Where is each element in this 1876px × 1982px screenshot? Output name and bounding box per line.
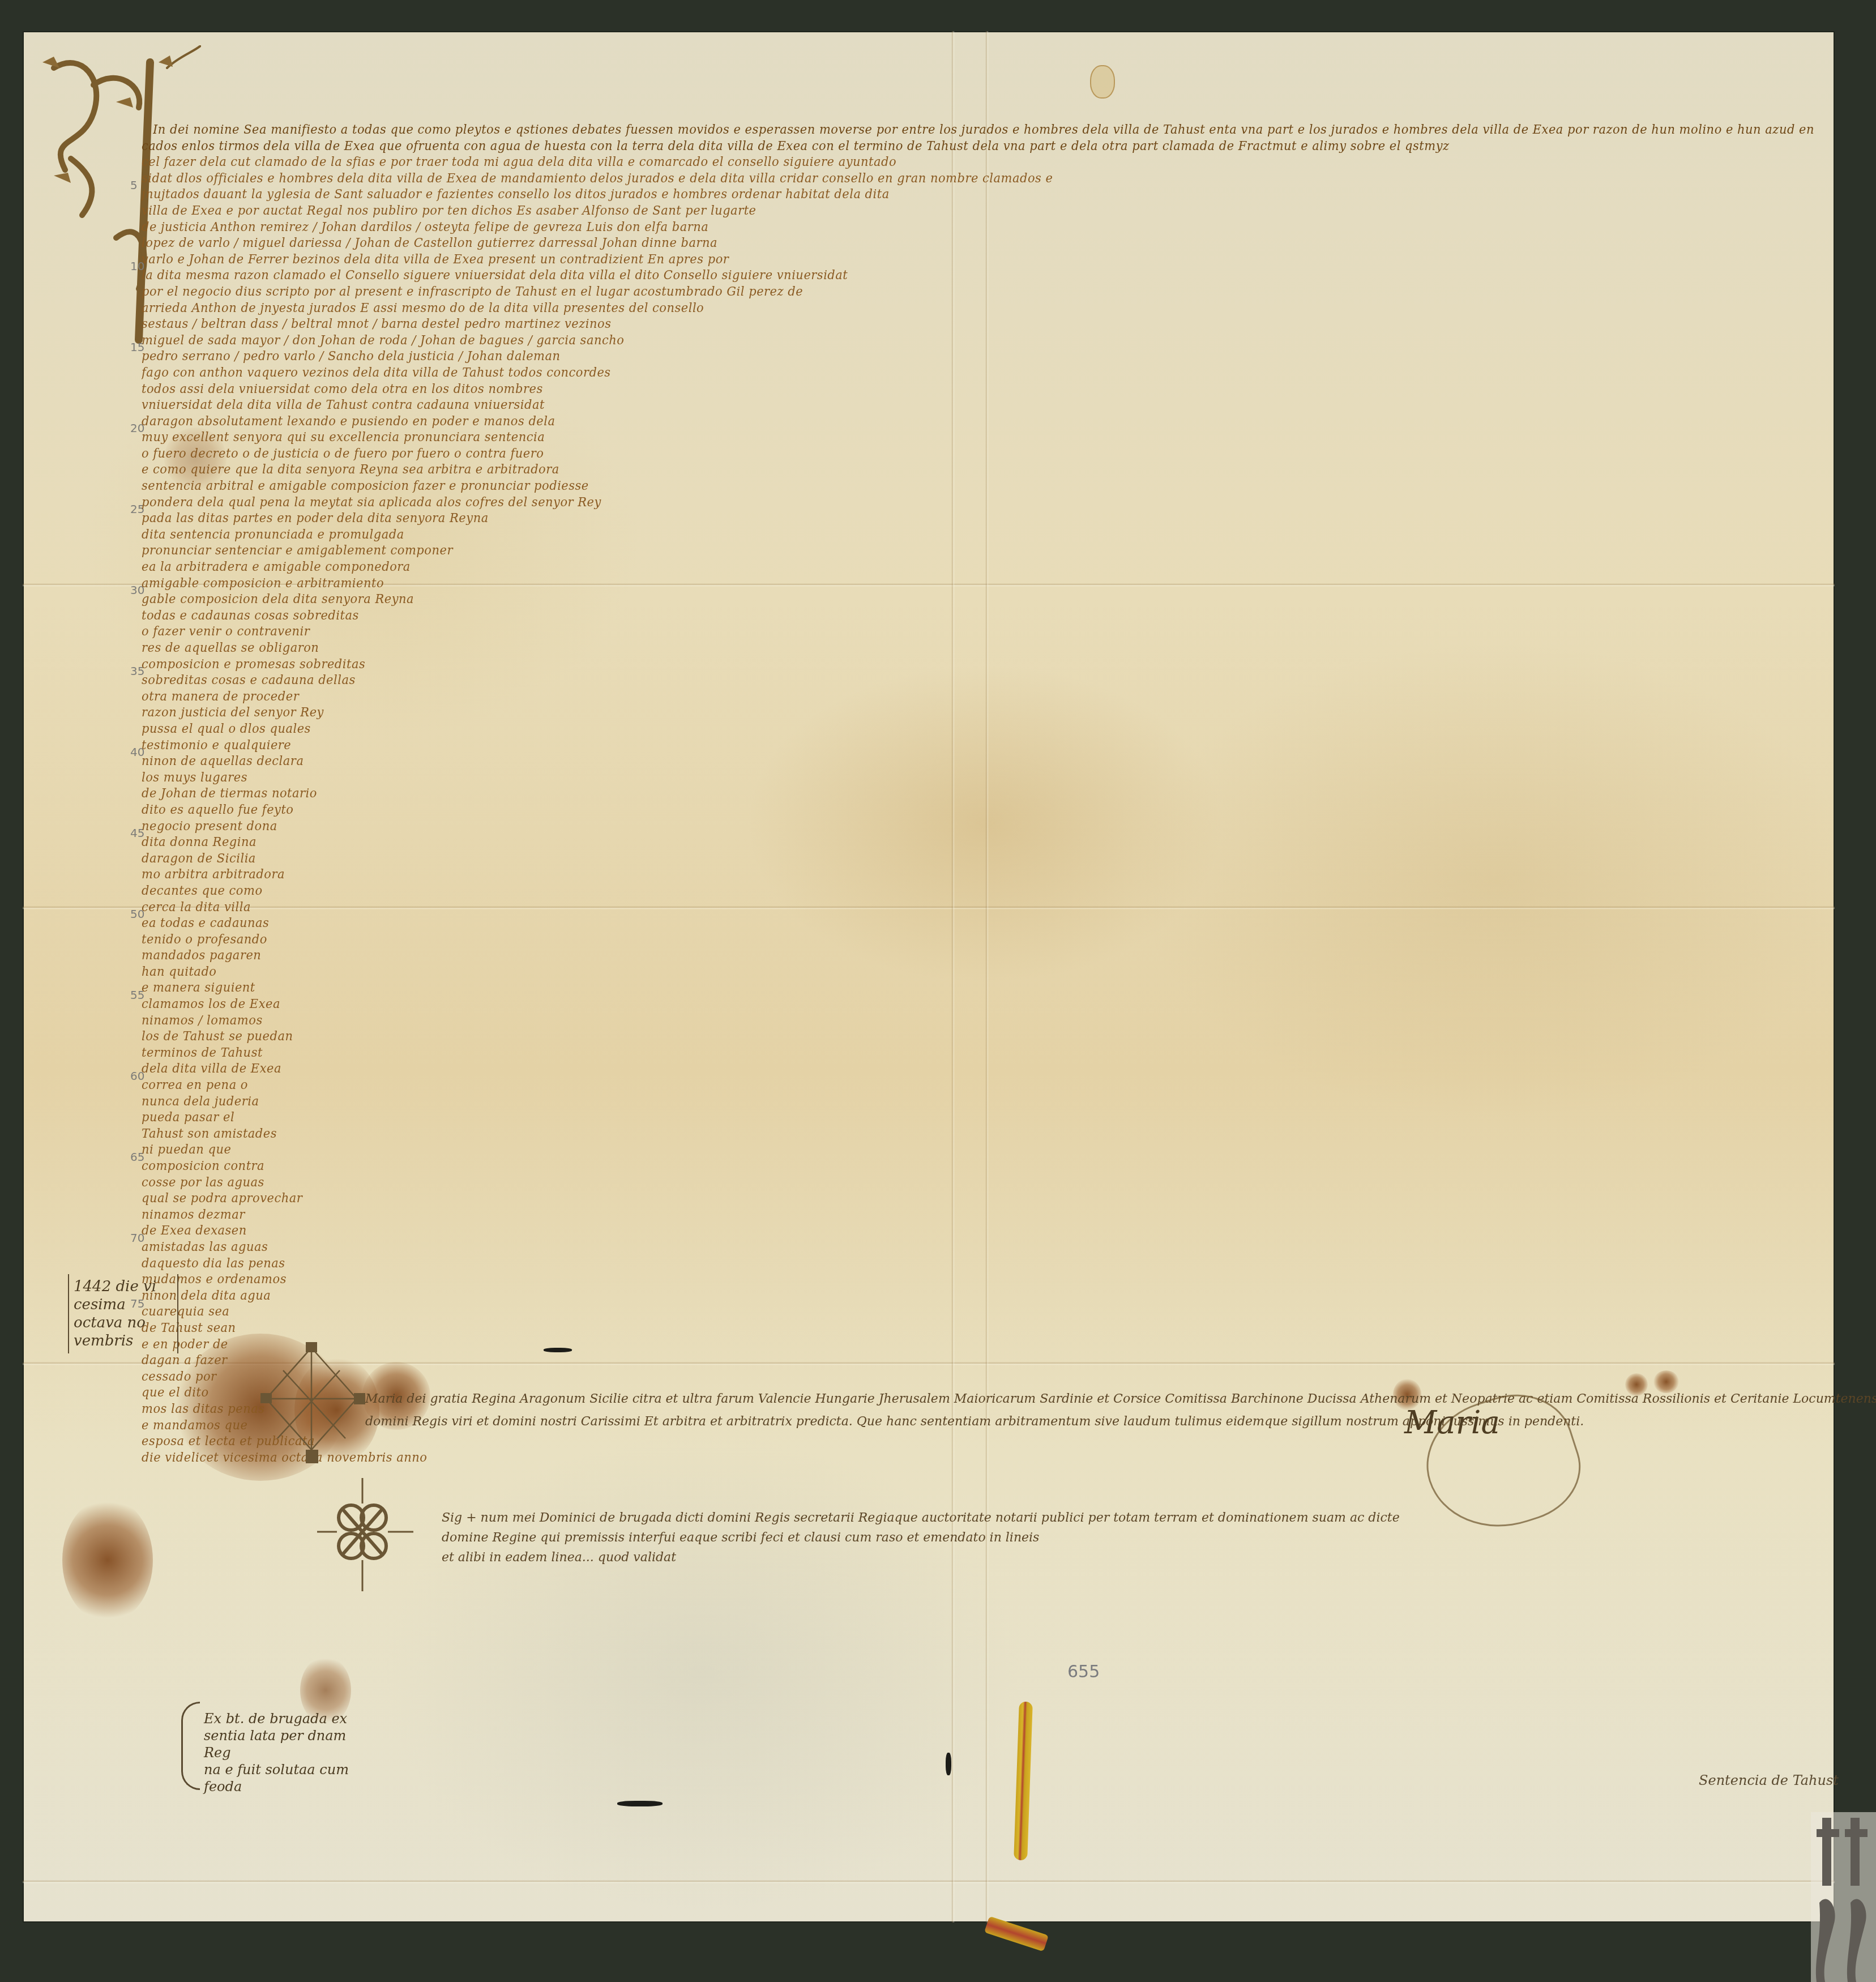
text-line: decantes que como bbox=[142, 882, 1818, 899]
text-line: dela dita villa de Exea bbox=[142, 1061, 1818, 1078]
seal-impression bbox=[1090, 65, 1115, 99]
text-line: daquesto dia las penas bbox=[142, 1255, 1818, 1272]
margin-note-line: 1442 die vi bbox=[74, 1278, 173, 1296]
text-line: miguel de sada mayor / don Johan de roda… bbox=[142, 332, 1818, 349]
text-line: vniuersidat dela dita villa de Tahust co… bbox=[142, 396, 1818, 413]
fee-note-line: feoda bbox=[204, 1778, 351, 1795]
text-line: composicion contra bbox=[142, 1157, 1818, 1174]
archive-number: 655 bbox=[1067, 1662, 1100, 1682]
endorsement: Sentencia de Tahust bbox=[1699, 1772, 1839, 1788]
text-line: arrieda Anthon de jnyesta jurados E assi… bbox=[142, 300, 1818, 317]
text-line: mo arbitra arbitradora bbox=[142, 866, 1818, 883]
text-line: Tahust son amistades bbox=[142, 1125, 1818, 1142]
text-line: cessado por bbox=[142, 1368, 1818, 1385]
text-line: pueda pasar el bbox=[142, 1109, 1818, 1126]
text-line: ninon dela dita agua bbox=[142, 1287, 1818, 1304]
text-line: dagan a fazer bbox=[142, 1352, 1818, 1369]
royal-subscription-line: Maria dei gratia Regina Aragonum Sicilie… bbox=[365, 1392, 1876, 1406]
fold-line bbox=[23, 1880, 1835, 1883]
text-line: pondera dela qual pena la meytat sia apl… bbox=[142, 494, 1818, 511]
text-line: varlo e Johan de Ferrer bezinos dela dit… bbox=[142, 251, 1818, 268]
text-line: dita donna Regina bbox=[142, 834, 1818, 851]
margin-date-note: 1442 die vi cesima octava no vembris bbox=[68, 1274, 178, 1353]
text-line: fago con anthon vaquero vezinos dela dit… bbox=[142, 364, 1818, 381]
fee-note-line: sentia lata per dnam Reg bbox=[204, 1727, 351, 1761]
text-line: amigable composicion e arbitramiento bbox=[142, 575, 1818, 592]
text-line: pada las ditas partes en poder dela dita… bbox=[142, 510, 1818, 527]
text-line: lopez de varlo / miguel dariessa / Johan… bbox=[142, 234, 1818, 251]
text-line: e manera siguient bbox=[142, 980, 1818, 997]
text-line: de Exea dexasen bbox=[142, 1223, 1818, 1240]
text-line: e como quiere que la dita senyora Reyna … bbox=[142, 462, 1818, 479]
text-line: han quitado bbox=[142, 963, 1818, 980]
text-line: composicion e promesas sobreditas bbox=[142, 656, 1818, 673]
line-number: 5 bbox=[130, 178, 138, 192]
text-line: mandados pagaren bbox=[142, 947, 1818, 964]
text-line: jnujtados dauant la yglesia de Sant salu… bbox=[142, 186, 1818, 203]
text-line: de Johan de tiermas notario bbox=[142, 785, 1818, 802]
text-line: pedro serrano / pedro varlo / Sancho del… bbox=[142, 348, 1818, 365]
text-line: ninamos dezmar bbox=[142, 1206, 1818, 1223]
text-line: la dita mesma razon clamado el Consello … bbox=[142, 267, 1818, 284]
hole bbox=[544, 1348, 572, 1352]
notary-subscription-line: et alibi in eadem linea... quod validat bbox=[442, 1550, 676, 1565]
text-line: cuarequia sea bbox=[142, 1304, 1818, 1321]
text-line: pussa el qual o dlos quales bbox=[142, 720, 1818, 737]
text-line: gable composicion dela dita senyora Reyn… bbox=[142, 591, 1818, 608]
notary-subscription-line: Sig + num mei Dominici de brugada dicti … bbox=[442, 1511, 1400, 1525]
hole bbox=[617, 1801, 663, 1806]
text-line: otra manera de proceder bbox=[142, 688, 1818, 705]
royal-subscription-line: domini Regis viri et domini nostri Caris… bbox=[365, 1415, 1584, 1429]
text-line: razon justicia del senyor Rey bbox=[142, 704, 1818, 721]
royal-signature: Maria bbox=[1404, 1404, 1500, 1441]
notary-sign-icon bbox=[306, 1472, 419, 1597]
fee-note-line: Ex bt. de brugada ex bbox=[204, 1710, 351, 1727]
text-line: mudamos e ordenamos bbox=[142, 1271, 1818, 1288]
text-line: por el negocio dius scripto por al prese… bbox=[142, 283, 1818, 300]
text-line: qual se podra aprovechar bbox=[142, 1190, 1818, 1207]
text-line: sestaus / beltran dass / beltral mnot / … bbox=[142, 315, 1818, 332]
text-line: de Tahust sean bbox=[142, 1319, 1818, 1336]
text-line: dita sentencia pronunciada e promulgada bbox=[142, 526, 1818, 543]
text-line: de justicia Anthon remirez / Johan dardi… bbox=[142, 219, 1818, 236]
margin-note-line: vembris bbox=[74, 1332, 173, 1350]
text-line: o fazer venir o contravenir bbox=[142, 623, 1818, 640]
notary-subscription-line: domine Regine qui premissis interfui eaq… bbox=[442, 1531, 1039, 1545]
text-line: e en poder de bbox=[142, 1336, 1818, 1353]
text-line: ni puedan que bbox=[142, 1142, 1818, 1159]
text-line: los muys lugares bbox=[142, 769, 1818, 786]
text-line: los de Tahust se puedan bbox=[142, 1028, 1818, 1045]
text-line: daragon absolutament lexando e pusiendo … bbox=[142, 413, 1818, 430]
text-line: ninon de aquellas declara bbox=[142, 753, 1818, 770]
text-line: todas e cadaunas cosas sobreditas bbox=[142, 607, 1818, 624]
text-line: o fuero decreto o de justicia o de fuero… bbox=[142, 445, 1818, 462]
text-line: ea todas e cadaunas bbox=[142, 915, 1818, 932]
text-line: amistadas las aguas bbox=[142, 1238, 1818, 1255]
note-bracket bbox=[181, 1702, 200, 1790]
text-line: nunca dela juderia bbox=[142, 1093, 1818, 1110]
text-line: correa en pena o bbox=[142, 1077, 1818, 1093]
text-line: cados enlos tirmos dela villa de Exea qu… bbox=[142, 138, 1818, 155]
text-line: sentencia arbitral e amigable composicio… bbox=[142, 477, 1818, 494]
text-line: ninamos / lomamos bbox=[142, 1012, 1818, 1029]
text-line: sidat dlos officiales e hombres dela dit… bbox=[142, 170, 1818, 187]
text-line: sobreditas cosas e cadauna dellas bbox=[142, 672, 1818, 689]
fee-note-line: na e fuit solutaa cum bbox=[204, 1761, 351, 1778]
text-line: daragon de Sicilia bbox=[142, 850, 1818, 867]
text-line: negocio present dona bbox=[142, 818, 1818, 835]
text-line: tenido o profesando bbox=[142, 931, 1818, 948]
archive-logo-icon bbox=[1811, 1812, 1876, 1982]
text-line: muy excellent senyora qui su excellencia… bbox=[142, 429, 1818, 446]
text-line: res de aquellas se obligaron bbox=[142, 639, 1818, 656]
text-line: todos assi dela vniuersidat como dela ot… bbox=[142, 381, 1818, 398]
royal-sign-icon bbox=[249, 1336, 374, 1472]
text-line: cel fazer dela cut clamado de la sfias e… bbox=[142, 153, 1818, 170]
text-line: testimonio e qualquiere bbox=[142, 737, 1818, 754]
hole bbox=[946, 1753, 951, 1775]
text-line: clamamos los de Exea bbox=[142, 996, 1818, 1013]
text-line: terminos de Tahust bbox=[142, 1044, 1818, 1061]
stain bbox=[62, 1498, 153, 1622]
text-line: In dei nomine Sea manifiesto a todas que… bbox=[153, 121, 1818, 138]
text-line: villa de Exea e por auctat Regal nos pub… bbox=[142, 202, 1818, 219]
text-line: cosse por las aguas bbox=[142, 1174, 1818, 1191]
text-line: dito es aquello fue feyto bbox=[142, 801, 1818, 818]
charter-text: In dei nomine Sea manifiesto a todas que… bbox=[142, 122, 1818, 1466]
text-line: ea la arbitradera e amigable componedora bbox=[142, 558, 1818, 575]
fee-note: Ex bt. de brugada ex sentia lata per dna… bbox=[204, 1710, 351, 1795]
text-line: pronunciar sentenciar e amigablement com… bbox=[142, 543, 1818, 559]
margin-note-line: cesima octava no bbox=[74, 1296, 173, 1332]
text-line: cerca la dita villa bbox=[142, 899, 1818, 916]
